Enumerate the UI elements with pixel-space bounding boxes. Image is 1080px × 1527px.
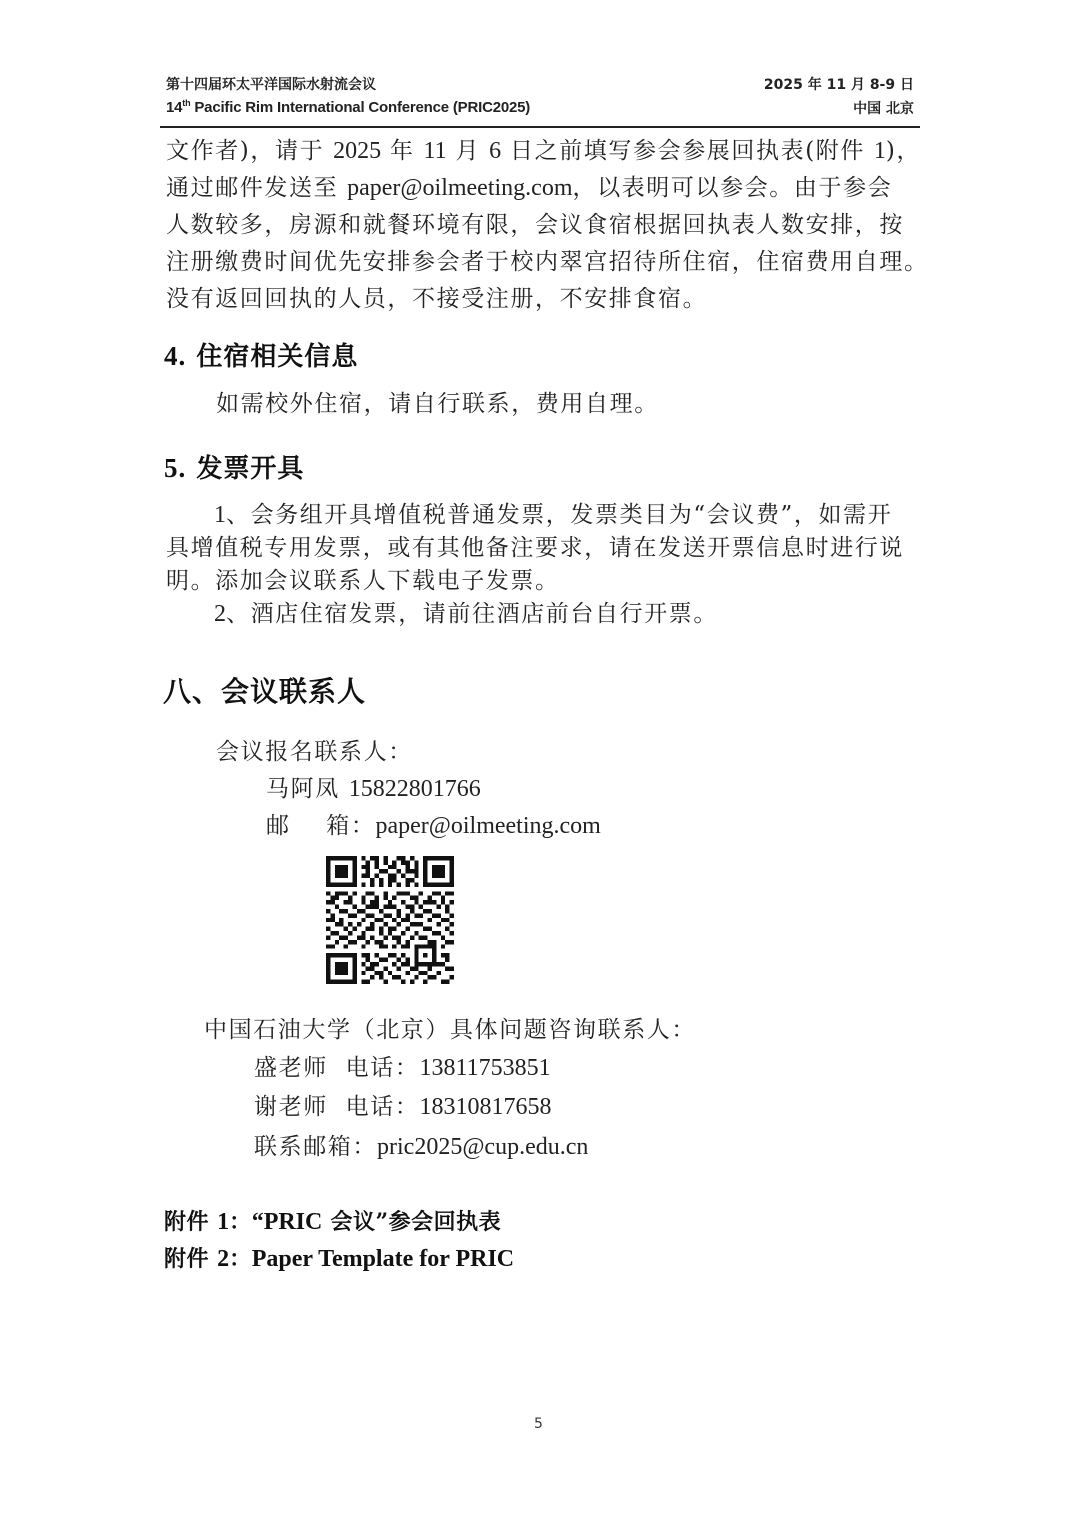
header-location: 中国 北京 [853,98,914,118]
contact-phone: 13811753851 [419,1055,550,1081]
attachment-2: 附件 2：Paper Template for PRIC [164,1242,514,1273]
section-title: 发票开具 [196,454,304,484]
invoice-item-1-line: 具增值税专用发票，或有其他备注要求，请在发送开票信息时进行说 [166,529,904,562]
text-run: 年 [381,138,423,164]
section-heading-accommodation: 4. 住宿相关信息 [164,336,358,373]
contact-name: 马阿凤 [266,776,349,802]
qr-code [326,856,454,984]
text-run: 文作者)，请于 [166,138,333,164]
separator: ： [229,1246,252,1272]
paragraph-line: 没有返回回执的人员，不接受注册，不安排食宿。 [166,280,707,313]
header-divider [160,126,920,128]
invoice-item-1-line: 1、会务组开具增值税普通发票，发票类目为“会议费”，如需开 [214,496,892,529]
invoice-item-1-line: 明。添加会议联系人下载电子发票。 [166,562,560,595]
attachment-number: 1 [217,1209,229,1235]
paragraph-line: 文作者)，请于 2025 年 11 月 6 日之前填写参会参展回执表(附件 1)… [166,132,921,165]
text-run: 、会务组开具增值税普通发票，发票类目为“会议费”，如需开 [226,502,892,528]
contact-phone: 15822801766 [349,776,481,802]
attachment-title: “PRIC [252,1209,323,1235]
contact-phone: 18310817658 [419,1094,551,1120]
section-heading-invoice: 5. 发票开具 [164,448,304,485]
text-run: )， [886,138,921,164]
year: 2025 [333,138,381,164]
phone-label: 电话： [346,1055,420,1081]
accommodation-text: 如需校外住宿，请自行联系，费用自理。 [216,385,659,418]
contact-row: 谢老师 电话：18310817658 [254,1088,551,1121]
header-date: 2025 年 11 月 8-9 日 [764,74,914,94]
text-run: 、酒店住宿发票，请前往酒店前台自行开票。 [226,601,718,627]
section-heading-contacts: 八、会议联系人 [163,670,366,710]
paragraph-line: 通过邮件发送至 paper@oilmeeting.com，以表明可以参会。由于参… [166,169,892,202]
paragraph-line: 注册缴费时间优先安排参会者于校内翠宫招待所住宿，住宿费用自理。 [166,243,929,276]
header-title-cn: 第十四届环太平洋国际水射流会议 [166,74,376,94]
paragraph-line: 人数较多，房源和就餐环境有限，会议食宿根据回执表人数安排，按 [166,206,904,239]
registration-email: 邮 箱：paper@oilmeeting.com [266,807,601,840]
text-run: 月 [447,138,489,164]
contact-email-link[interactable]: pric2025@cup.edu.cn [377,1134,588,1160]
contact-name: 盛老师 [254,1055,328,1081]
cup-contact-label: 中国石油大学（北京）具体问题咨询联系人： [204,1011,696,1044]
separator: ： [229,1209,252,1235]
attachment-label: 附件 [164,1246,217,1272]
contact-name: 谢老师 [254,1094,328,1120]
header-conference-name: Pacific Rim International Conference (PR… [190,99,530,116]
page-number: 5 [534,1416,543,1432]
attachment-label: 附件 [164,1209,217,1235]
registration-email-link[interactable]: paper@oilmeeting.com [375,813,600,839]
section-title: 住宿相关信息 [196,342,358,372]
attachment-1: 附件 1：“PRIC 会议”参会回执表 [164,1205,501,1236]
text-run: 日之前填写参会参展回执表(附件 [501,138,874,164]
text-run: ，以表明可以参会。由于参会 [573,175,893,201]
section-number: 4. [164,341,186,371]
registration-email-link[interactable]: paper@oilmeeting.com [347,175,572,201]
registration-contact: 马阿凤 15822801766 [266,770,481,803]
contact-row: 盛老师 电话：13811753851 [254,1049,551,1082]
day: 6 [489,138,501,164]
text-run: 通过邮件发送至 [166,175,347,201]
attachment-number: 1 [874,138,886,164]
header-title-en: 14th Pacific Rim International Conferenc… [166,98,530,116]
qr-code-icon [326,856,454,984]
registration-contact-label: 会议报名联系人： [216,733,413,766]
item-number: 2 [214,601,226,627]
email-label: 联系邮箱： [254,1134,377,1160]
contact-email-row: 联系邮箱：pric2025@cup.edu.cn [254,1128,588,1161]
section-number: 5. [164,453,186,483]
attachment-title: Paper Template for PRIC [252,1246,514,1272]
document-page: 第十四届环太平洋国际水射流会议 14th Pacific Rim Interna… [0,0,1080,1527]
email-label: 邮 箱： [266,813,375,839]
item-number: 1 [214,502,226,528]
phone-label: 电话： [346,1094,420,1120]
month: 11 [424,138,447,164]
attachment-title: 会议”参会回执表 [322,1209,501,1235]
header-ordinal: 14 [166,99,182,116]
invoice-item-2: 2、酒店住宿发票，请前往酒店前台自行开票。 [214,595,718,628]
attachment-number: 2 [217,1246,229,1272]
